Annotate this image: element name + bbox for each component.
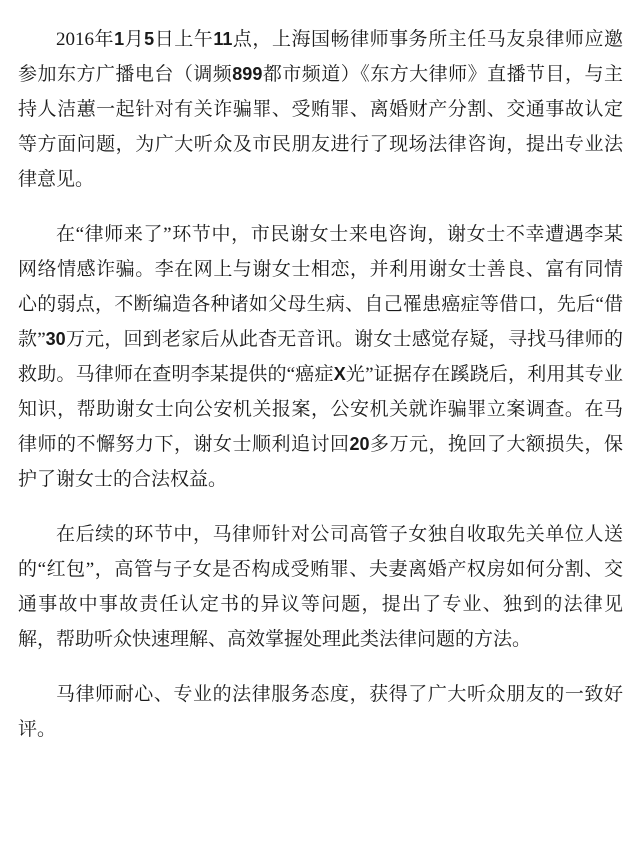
text-run: 月 [124,29,144,50]
bold-number-run: 5 [144,29,154,49]
text-run: 马律师耐心、专业的法律服务态度，获得了广大听众朋友的一致好评。 [18,684,623,740]
text-run: 在后续的环节中，马律师针对公司高管子女独自收取先关单位人送的“红包”，高管与子女… [18,524,623,650]
bold-number-run: 11 [213,29,232,49]
bold-number-run: 20 [349,434,369,454]
document-page: 2016年1月5日上午11点，上海国畅律师事务所主任马友泉律师应邀参加东方广播电… [0,0,640,848]
text-run: 日上午 [154,29,213,50]
paragraph: 马律师耐心、专业的法律服务态度，获得了广大听众朋友的一致好评。 [18,677,623,747]
bold-number-run: X [334,364,346,384]
text-run: 2016年 [56,29,114,50]
bold-number-run: 30 [46,329,66,349]
bold-number-run: 1 [114,29,124,49]
paragraph: 在后续的环节中，马律师针对公司高管子女独自收取先关单位人送的“红包”，高管与子女… [18,517,623,657]
bold-number-run: 899 [232,64,262,84]
document-body: 2016年1月5日上午11点，上海国畅律师事务所主任马友泉律师应邀参加东方广播电… [18,22,623,747]
paragraph: 在“律师来了”环节中，市民谢女士来电咨询，谢女士不幸遭遇李某网络情感诈骗。李在网… [18,217,623,497]
paragraph: 2016年1月5日上午11点，上海国畅律师事务所主任马友泉律师应邀参加东方广播电… [18,22,623,197]
